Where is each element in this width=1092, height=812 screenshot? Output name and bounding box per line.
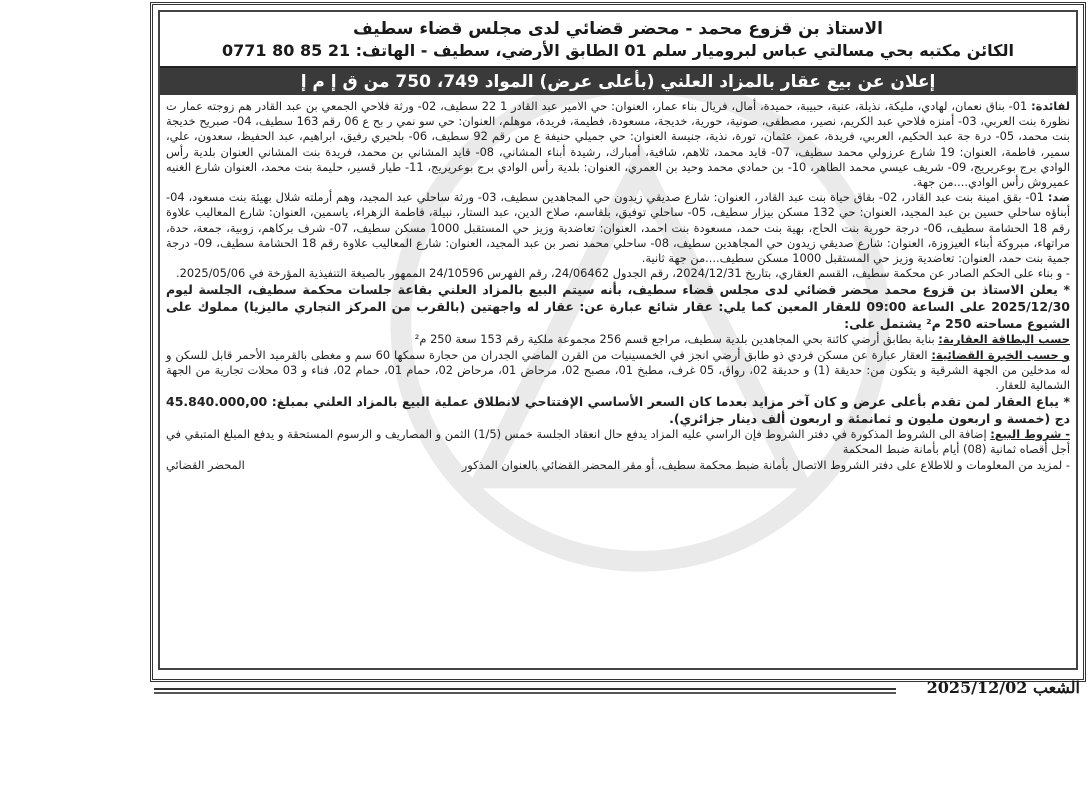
paragraph-sale-conditions: - شروط البيع: إضافة الى الشروط المذكورة … xyxy=(166,427,1070,457)
paragraph-for-benefit: لفائدة: 01- بناق نعمان، لهادي، مليكة، نذ… xyxy=(166,99,1070,190)
legal-notice-page: الاستاذ بن قزوع محمد - محضر قضائي لدى مج… xyxy=(150,2,1088,690)
paragraph-more-info: - لمزيد من المعلومات و للاطلاع على دفتر … xyxy=(462,458,1070,473)
bailiff-name: الاستاذ بن قزوع محمد - محضر قضائي لدى مج… xyxy=(160,18,1076,40)
text-for-benefit: 01- بناق نعمان، لهادي، مليكة، نذيلة، عني… xyxy=(166,99,1070,189)
price-text-a: * يباع العقار لمن تقدم بأعلى عرض و كان آ… xyxy=(267,394,1070,409)
paragraph-against: ضد: 01- بقق امينة بنت عبد القادر، 02- بق… xyxy=(166,190,1070,266)
label-land-card: حسب البطاقة العقارية: xyxy=(938,332,1070,346)
bailiff-address: الكائن مكتبه بحي مسالتي عباس لبروميار سل… xyxy=(160,40,1076,62)
auction-text-b: على الساعة xyxy=(906,299,991,314)
footer-rule xyxy=(154,688,896,694)
auction-date: 2025/12/30 xyxy=(991,299,1070,314)
paragraph-judgment: - و بناء على الحكم الصادر عن محكمة سطيف،… xyxy=(166,266,1070,281)
publication-date: 2025/12/02 xyxy=(927,678,1028,697)
publication-stamp: الشعب 2025/12/02 xyxy=(927,678,1080,697)
signature: المحضر القضائي xyxy=(166,458,245,473)
text-against: 01- بقق امينة بنت عبد القادر، 02- بقاق ح… xyxy=(166,190,1070,265)
info-signature-row: - لمزيد من المعلومات و للاطلاع على دفتر … xyxy=(166,458,1070,473)
label-sale-conditions: - شروط البيع: xyxy=(990,427,1070,441)
notice-body: لفائدة: 01- بناق نعمان، لهادي، مليكة، نذ… xyxy=(160,95,1076,473)
label-expertise: و حسب الخبرة القضائية: xyxy=(931,348,1070,362)
newspaper-name: الشعب xyxy=(1033,678,1080,697)
auction-text-a: * يعلن الاستاذ بن قزوع محمد محضر قضائي ل… xyxy=(166,282,1070,297)
auction-time: 09:00 xyxy=(866,299,906,314)
label-against: ضد: xyxy=(1048,190,1070,204)
label-for-benefit: لفائدة: xyxy=(1031,99,1070,113)
notice-title: إعلان عن بيع عقار بالمزاد العلني (بأعلى … xyxy=(160,66,1076,95)
text-sale-conditions: إضافة الى الشروط المذكورة في دفتر الشروط… xyxy=(166,427,1070,456)
paragraph-auction-announcement: * يعلن الاستاذ بن قزوع محمد محضر قضائي ل… xyxy=(166,281,1070,332)
paragraph-land-card: حسب البطاقة العقارية: بناية بطابق أرضي ك… xyxy=(166,332,1070,347)
notice-box: الاستاذ بن قزوع محمد - محضر قضائي لدى مج… xyxy=(158,10,1078,670)
publication-footer: الشعب 2025/12/02 xyxy=(150,674,1090,704)
notice-header: الاستاذ بن قزوع محمد - محضر قضائي لدى مج… xyxy=(160,18,1076,62)
text-land-card: بناية بطابق أرضي كائنة بحي المجاهدين بلد… xyxy=(415,332,938,346)
price-text-b: (خمسة و اربعون مليون و ثمانمئة و اربعون … xyxy=(669,411,1054,426)
paragraph-price: * يباع العقار لمن تقدم بأعلى عرض و كان آ… xyxy=(166,393,1070,427)
paragraph-expertise: و حسب الخبرة القضائية: العقار عبارة عن م… xyxy=(166,348,1070,394)
